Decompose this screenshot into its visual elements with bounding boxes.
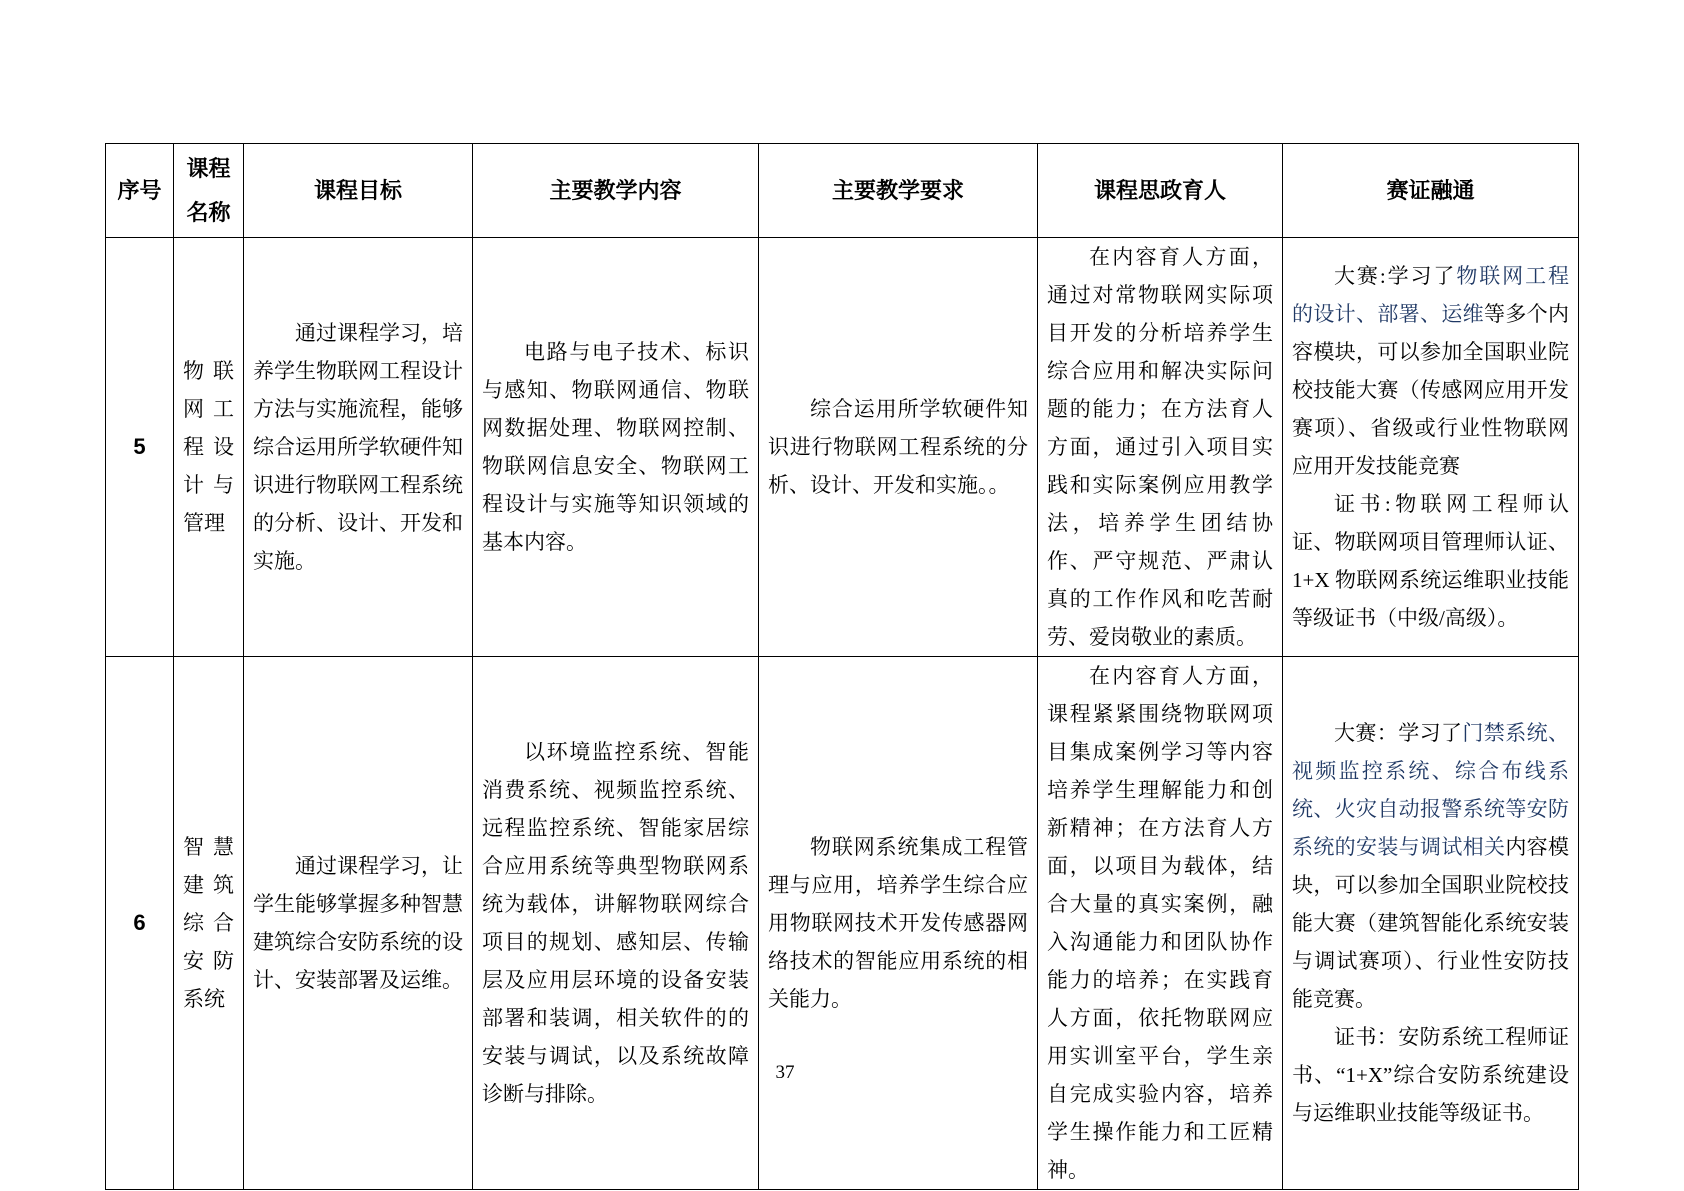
course-5-goal: 通过课程学习，培养学生物联网工程设计方法与实施流程，能够综合运用所学软硬件知识进…: [244, 238, 473, 657]
course-6-name: 智慧建筑综合安防系统: [174, 657, 244, 1190]
table-row-course-6: 6 智慧建筑综合安防系统 通过课程学习，让学生能够掌握多种智慧建筑综合安防系统的…: [106, 657, 1579, 1190]
table-header-row: 序号 课程名称 课程目标 主要教学内容 主要教学要求 课程思政育人 赛证融通: [106, 144, 1579, 238]
course-5-requirement: 综合运用所学软硬件知识进行物联网工程系统的分析、设计、开发和实施。。: [759, 238, 1038, 657]
course-5-content-text: 电路与电子技术、标识与感知、物联网通信、物联网数据处理、物联网控制、物联网信息安…: [482, 333, 749, 561]
course-table: 序号 课程名称 课程目标 主要教学内容 主要教学要求 课程思政育人 赛证融通 5…: [105, 143, 1579, 1190]
course-5-goal-text: 通过课程学习，培养学生物联网工程设计方法与实施流程，能够综合运用所学软硬件知识进…: [253, 314, 463, 580]
course-6-content-text: 以环境监控系统、智能消费系统、视频监控系统、远程监控系统、智能家居综合应用系统等…: [482, 733, 749, 1113]
course-6-requirement: 物联网系统集成工程管理与应用，培养学生综合应用物联网技术开发传感器网络技术的智能…: [759, 657, 1038, 1190]
course-6-competition: 大赛：学习了门禁系统、视频监控系统、综合布线系统、火灾自动报警系统等安防系统的安…: [1283, 657, 1579, 1190]
course-6-goal: 通过课程学习，让学生能够掌握多种智慧建筑综合安防系统的设计、安装部署及运维。: [244, 657, 473, 1190]
header-no: 序号: [106, 144, 174, 238]
header-ideology: 课程思政育人: [1038, 144, 1283, 238]
course-6-competition-paragraph-1: 大赛：学习了门禁系统、视频监控系统、综合布线系统、火灾自动报警系统等安防系统的安…: [1292, 714, 1569, 1018]
course-5-competition-paragraph-1: 大赛:学习了物联网工程的设计、部署、运维等多个内容模块，可以参加全国职业院校技能…: [1292, 257, 1569, 485]
course-6-content: 以环境监控系统、智能消费系统、视频监控系统、远程监控系统、智能家居综合应用系统等…: [473, 657, 759, 1190]
document-page: 序号 课程名称 课程目标 主要教学内容 主要教学要求 课程思政育人 赛证融通 5…: [0, 0, 1684, 1191]
course-5-name: 物联网工程设计与管理: [174, 238, 244, 657]
course-6-competition-rest: 内容模块，可以参加全国职业院校技能大赛（建筑智能化系统安装与调试赛项）、行业性安…: [1292, 835, 1569, 1011]
header-content: 主要教学内容: [473, 144, 759, 238]
course-5-no: 5: [106, 238, 174, 657]
course-6-competition-lead: 大赛：学习了: [1334, 721, 1462, 745]
header-course-name: 课程名称: [174, 144, 244, 238]
course-6-no: 6: [106, 657, 174, 1190]
course-6-ideology: 在内容育人方面，课程紧紧围绕物联网项目集成案例学习等内容培养学生理解能力和创新精…: [1038, 657, 1283, 1190]
page-number: 37: [735, 1062, 835, 1084]
course-5-competition: 大赛:学习了物联网工程的设计、部署、运维等多个内容模块，可以参加全国职业院校技能…: [1283, 238, 1579, 657]
course-6-certificate-paragraph: 证书：安防系统工程师证书、“1+X”综合安防系统建设与运维职业技能等级证书。: [1292, 1018, 1569, 1132]
course-5-certificate-paragraph: 证书:物联网工程师认证、物联网项目管理师认证、1+X 物联网系统运维职业技能等级…: [1292, 485, 1569, 637]
header-goal: 课程目标: [244, 144, 473, 238]
course-5-competition-lead: 大赛:学习了: [1334, 264, 1456, 288]
header-requirement: 主要教学要求: [759, 144, 1038, 238]
course-6-ideology-text: 在内容育人方面，课程紧紧围绕物联网项目集成案例学习等内容培养学生理解能力和创新精…: [1047, 657, 1273, 1189]
course-5-ideology: 在内容育人方面，通过对常物联网实际项目开发的分析培养学生综合应用和解决实际问题的…: [1038, 238, 1283, 657]
course-5-content: 电路与电子技术、标识与感知、物联网通信、物联网数据处理、物联网控制、物联网信息安…: [473, 238, 759, 657]
course-5-requirement-text: 综合运用所学软硬件知识进行物联网工程系统的分析、设计、开发和实施。。: [768, 390, 1028, 504]
course-6-goal-text: 通过课程学习，让学生能够掌握多种智慧建筑综合安防系统的设计、安装部署及运维。: [253, 847, 463, 999]
header-competition: 赛证融通: [1283, 144, 1579, 238]
course-5-competition-rest: 等多个内容模块，可以参加全国职业院校技能大赛（传感网应用开发赛项）、省级或行业性…: [1292, 302, 1569, 478]
table-row-course-5: 5 物联网工程设计与管理 通过课程学习，培养学生物联网工程设计方法与实施流程，能…: [106, 238, 1579, 657]
course-5-ideology-text: 在内容育人方面，通过对常物联网实际项目开发的分析培养学生综合应用和解决实际问题的…: [1047, 238, 1273, 656]
course-6-requirement-text: 物联网系统集成工程管理与应用，培养学生综合应用物联网技术开发传感器网络技术的智能…: [768, 828, 1028, 1018]
